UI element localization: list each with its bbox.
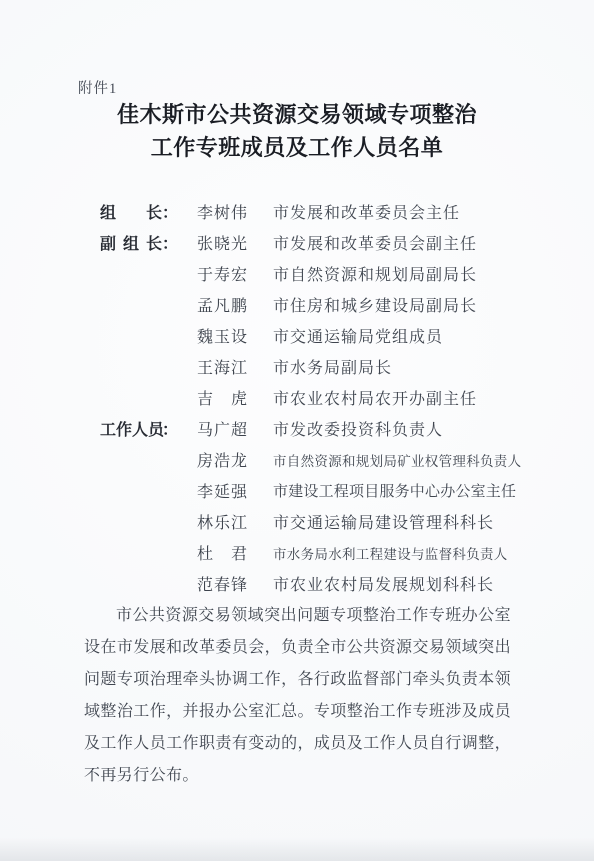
scanned-document-page: 附件1 佳木斯市公共资源交易领域专项整治 工作专班成员及工作人员名单 组长： 李…	[0, 0, 594, 861]
member-name: 杜君	[197, 541, 247, 564]
member-name: 于寿宏	[197, 262, 247, 285]
roster-row: 王海江 市水务局副局长	[100, 351, 521, 382]
member-name: 孟凡鹏	[197, 293, 247, 316]
member-post: 市自然资源和规划局副局长	[273, 262, 477, 285]
roster-row: 魏玉设 市交通运输局党组成员	[100, 320, 521, 351]
member-name: 李延强	[197, 479, 247, 502]
member-post: 市交通运输局建设管理科科长	[273, 510, 494, 533]
member-name: 吉虎	[197, 386, 247, 409]
roster-list: 组长： 李树伟 市发展和改革委员会主任 副组长： 张晓光 市发展和改革委员会副主…	[100, 196, 521, 599]
member-name: 王海江	[197, 355, 247, 378]
member-name: 张晓光	[197, 231, 247, 254]
member-post: 市发改委投资科负责人	[273, 417, 443, 440]
member-name: 范春锋	[197, 572, 247, 595]
member-post: 市农业农村局农开办副主任	[273, 386, 477, 409]
member-post: 市自然资源和规划局矿业权管理科负责人	[273, 450, 521, 470]
roster-row-staff: 工作人员： 马广超 市发改委投资科负责人	[100, 413, 521, 444]
member-post: 市发展和改革委员会副主任	[273, 231, 477, 254]
member-post: 市农业农村局发展规划科科长	[273, 572, 494, 595]
roster-row: 范春锋 市农业农村局发展规划科科长	[100, 568, 521, 599]
body-paragraph: 市公共资源交易领域突出问题专项整治工作专班办公室设在市发展和改革委员会，负责全市…	[84, 600, 511, 792]
document-title-line-2: 工作专班成员及工作人员名单	[0, 131, 594, 164]
member-name: 魏玉设	[197, 324, 247, 347]
roster-row-leader: 组长： 李树伟 市发展和改革委员会主任	[100, 196, 521, 227]
member-post: 市发展和改革委员会主任	[273, 200, 460, 223]
role-colon: ：	[162, 200, 178, 223]
member-post: 市交通运输局党组成员	[273, 324, 443, 347]
role-colon: ：	[162, 417, 178, 440]
member-post: 市住房和城乡建设局副局长	[273, 293, 477, 316]
member-post: 市水务局副局长	[273, 355, 392, 378]
roster-row: 孟凡鹏 市住房和城乡建设局副局长	[100, 289, 521, 320]
role-label: 副组长	[100, 231, 162, 254]
roster-row-deputy-leader: 副组长： 张晓光 市发展和改革委员会副主任	[100, 227, 521, 258]
document-title: 佳木斯市公共资源交易领域专项整治 工作专班成员及工作人员名单	[0, 98, 594, 164]
member-name: 房浩龙	[197, 448, 247, 471]
member-name: 李树伟	[197, 200, 247, 223]
role-colon: ：	[162, 231, 178, 254]
member-name: 林乐江	[197, 510, 247, 533]
role-label: 工作人员	[100, 417, 162, 440]
roster-row: 吉虎 市农业农村局农开办副主任	[100, 382, 521, 413]
roster-row: 于寿宏 市自然资源和规划局副局长	[100, 258, 521, 289]
roster-row: 房浩龙 市自然资源和规划局矿业权管理科负责人	[100, 444, 521, 475]
member-name: 马广超	[197, 417, 247, 440]
document-title-line-1: 佳木斯市公共资源交易领域专项整治	[0, 98, 594, 131]
role-label: 组长	[100, 200, 162, 223]
roster-row: 林乐江 市交通运输局建设管理科科长	[100, 506, 521, 537]
member-post: 市建设工程项目服务中心办公室主任	[273, 480, 516, 501]
roster-row: 李延强 市建设工程项目服务中心办公室主任	[100, 475, 521, 506]
member-post: 市水务局水利工程建设与监督科负责人	[273, 543, 508, 563]
roster-row: 杜君 市水务局水利工程建设与监督科负责人	[100, 537, 521, 568]
attachment-label: 附件1	[78, 77, 117, 98]
